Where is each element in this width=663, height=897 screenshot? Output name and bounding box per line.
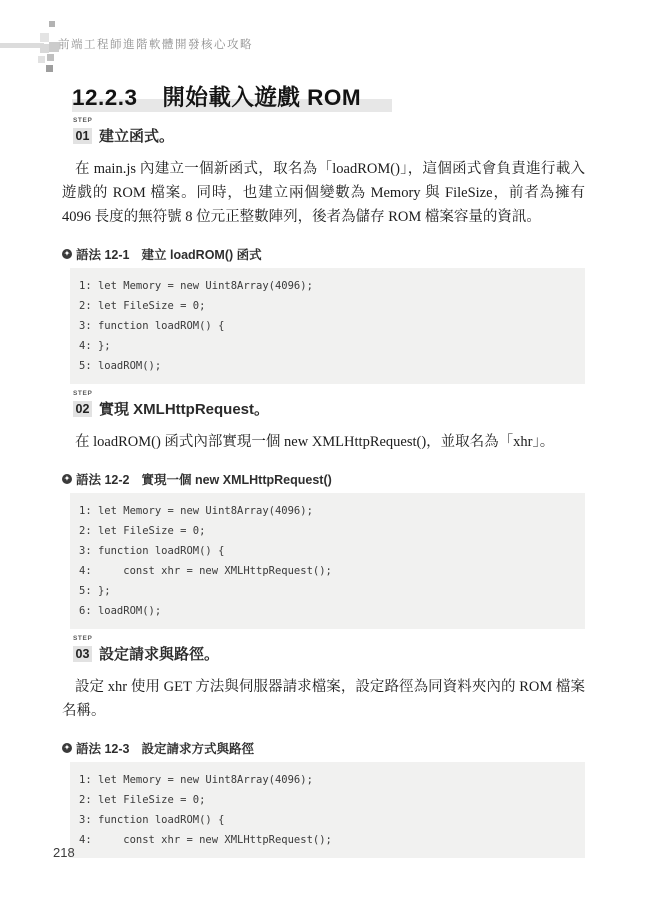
code-line: 6: loadROM(); — [79, 601, 585, 621]
page-number: 218 — [53, 845, 75, 860]
step-row: 02 實現 XMLHttpRequest。 — [73, 398, 585, 419]
deco-square — [47, 54, 54, 61]
deco-square — [40, 33, 49, 42]
code-block: 1: let Memory = new Uint8Array(4096);2: … — [70, 268, 585, 384]
listing-label: 語法 12-1 — [76, 245, 130, 263]
code-line: 3: function loadROM() { — [79, 810, 585, 830]
code-line: 5: }; — [79, 581, 585, 601]
star-circle-icon: ✦ — [62, 474, 72, 484]
step-row: 03 設定請求與路徑。 — [73, 643, 585, 664]
step-title: 設定請求與路徑。 — [99, 643, 219, 664]
deco-square — [38, 56, 45, 63]
code-block: 1: let Memory = new Uint8Array(4096);2: … — [70, 762, 585, 858]
step-section-02: STEP 02 實現 XMLHttpRequest。 在 loadROM() 函… — [62, 390, 585, 629]
listing-label: 語法 12-2 — [76, 470, 130, 488]
body-paragraph: 在 loadROM() 函式內部實現一個 new XMLHttpRequest(… — [62, 430, 585, 454]
book-page: 前端工程師進階軟體開發核心攻略 12.2.3 開始載入遊戲 ROM STEP 0… — [0, 0, 663, 897]
listing-caption: ✦ 語法 12-3 設定請求方式與路徑 — [62, 739, 585, 757]
step-title: 建立函式。 — [99, 125, 174, 146]
code-line: 5: loadROM(); — [79, 356, 585, 376]
step-tag: STEP — [73, 635, 585, 642]
code-block: 1: let Memory = new Uint8Array(4096);2: … — [70, 493, 585, 629]
listing-title: 實現一個 new XMLHttpRequest() — [142, 470, 332, 488]
step-section-01: STEP 01 建立函式。 在 main.js 內建立一個新函式，取名為「loa… — [62, 117, 585, 384]
step-tag: STEP — [73, 117, 585, 124]
step-number-badge: 02 — [73, 401, 92, 417]
listing-caption: ✦ 語法 12-1 建立 loadROM() 函式 — [62, 245, 585, 263]
code-line: 2: let FileSize = 0; — [79, 521, 585, 541]
section-number: 12.2.3 — [72, 85, 138, 110]
code-line: 2: let FileSize = 0; — [79, 296, 585, 316]
star-circle-icon: ✦ — [62, 743, 72, 753]
listing-title: 設定請求方式與路徑 — [142, 739, 255, 757]
step-row: 01 建立函式。 — [73, 125, 585, 146]
step-number-badge: 03 — [73, 646, 92, 662]
listing-title: 建立 loadROM() 函式 — [142, 245, 262, 263]
listing-caption: ✦ 語法 12-2 實現一個 new XMLHttpRequest() — [62, 470, 585, 488]
section-title: 開始載入遊戲 ROM — [162, 85, 361, 110]
deco-square — [49, 21, 55, 27]
code-line: 4: const xhr = new XMLHttpRequest(); — [79, 561, 585, 581]
listing-label: 語法 12-3 — [76, 739, 130, 757]
step-number-badge: 01 — [73, 128, 92, 144]
step-section-03: STEP 03 設定請求與路徑。 設定 xhr 使用 GET 方法與伺服器請求檔… — [62, 635, 585, 858]
code-line: 1: let Memory = new Uint8Array(4096); — [79, 770, 585, 790]
code-line: 1: let Memory = new Uint8Array(4096); — [79, 276, 585, 296]
code-line: 3: function loadROM() { — [79, 541, 585, 561]
code-line: 2: let FileSize = 0; — [79, 790, 585, 810]
step-tag: STEP — [73, 390, 585, 397]
body-paragraph: 設定 xhr 使用 GET 方法與伺服器請求檔案，設定路徑為同資料夾內的 ROM… — [62, 675, 585, 723]
body-paragraph: 在 main.js 內建立一個新函式，取名為「loadROM()」，這個函式會負… — [62, 157, 585, 229]
code-line: 4: }; — [79, 336, 585, 356]
code-line: 1: let Memory = new Uint8Array(4096); — [79, 501, 585, 521]
star-circle-icon: ✦ — [62, 249, 72, 259]
code-line: 3: function loadROM() { — [79, 316, 585, 336]
page-content: 12.2.3 開始載入遊戲 ROM STEP 01 建立函式。 在 main.j… — [62, 84, 585, 858]
section-heading: 12.2.3 開始載入遊戲 ROM — [72, 84, 585, 112]
deco-square — [46, 65, 53, 72]
deco-bar — [0, 43, 44, 48]
step-title: 實現 XMLHttpRequest。 — [99, 398, 269, 419]
code-line: 4: const xhr = new XMLHttpRequest(); — [79, 830, 585, 850]
running-head: 前端工程師進階軟體開發核心攻略 — [58, 36, 253, 52]
deco-square — [40, 44, 49, 53]
